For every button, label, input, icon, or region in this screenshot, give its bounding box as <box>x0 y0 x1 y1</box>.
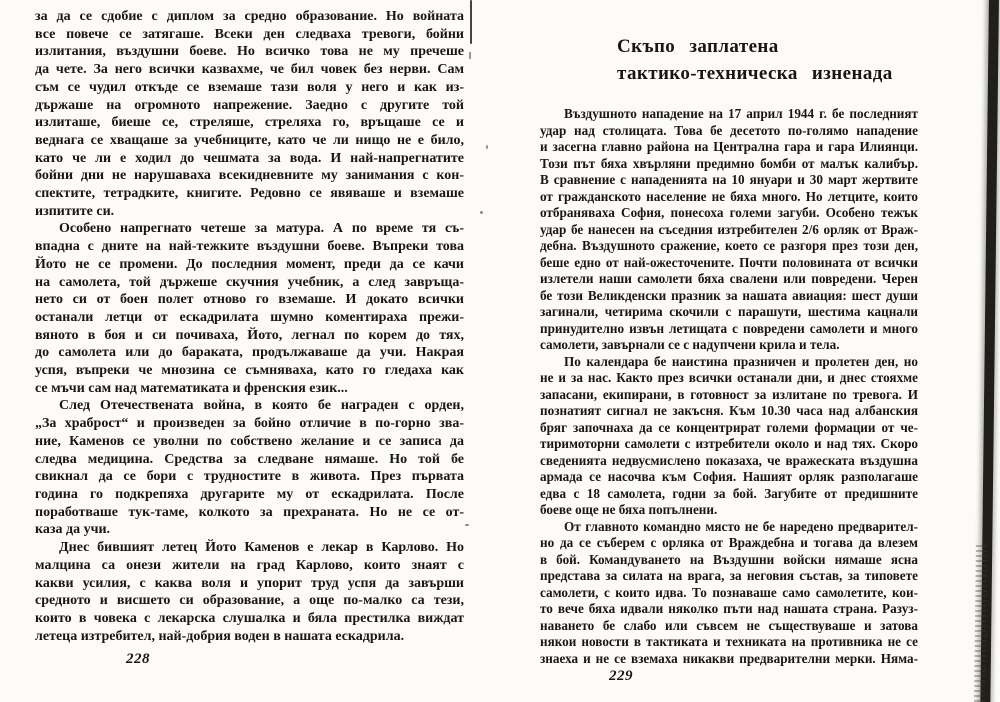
paragraph: Днес бившият летец Йото Каменов е лекар … <box>35 539 464 645</box>
text-line: запасани, екипирани, в готовност за изли… <box>540 387 918 404</box>
text-line: „За храброст“ и произведен за бойно отли… <box>35 415 464 433</box>
text-line: принудително извън летищата с повредени … <box>540 321 918 338</box>
text-line: След Отечествената война, в която бе наг… <box>35 397 464 415</box>
text-line: средното и висшето си образование, а още… <box>35 592 464 610</box>
paragraph: От главното командно място не бе нареден… <box>540 519 918 668</box>
text-line: в бой. Командуването на Въздушни войски … <box>540 552 918 569</box>
paragraph: Въздушното нападение на 17 април 1944 г.… <box>540 106 918 354</box>
chapter-heading-line-2: тактико-техническа изненада <box>617 60 893 87</box>
right-page-number: 229 <box>609 668 633 685</box>
text-line: държаше на огромното напрежение. Заедно … <box>35 97 464 115</box>
text-line: беше едно от най-ожесточените. Почти пол… <box>540 255 918 272</box>
text-line: Йото не се промени. До последния момент,… <box>35 256 464 274</box>
text-line: Този път бяха хвърляни предимно бомби от… <box>540 156 918 173</box>
text-line: едва с 18 самолета, годни за бой. Загуби… <box>540 486 918 503</box>
text-line: удар бе нанесен на съседния изтребителен… <box>540 222 918 239</box>
text-line: наването бе слабо или съвсем не съществу… <box>540 618 918 635</box>
text-line: знаеха и не се вземаха никакви предварит… <box>540 651 918 668</box>
scan-speck <box>480 211 483 214</box>
book-edge-texture <box>974 545 987 702</box>
text-line: вяното в боя и си почиваха, Йото, легнал… <box>35 327 464 345</box>
text-line: впадна с дните на най-тежките въздушни б… <box>35 238 464 256</box>
text-line: нето си от боен полет отново го вземаше.… <box>35 291 464 309</box>
text-line: изпитите си. <box>35 203 464 221</box>
text-line: каза да учи. <box>35 521 464 539</box>
text-line: успя, въпреки че мнозина се съмняваха, к… <box>35 362 464 380</box>
text-line: Днес бившият летец Йото Каменов е лекар … <box>35 539 464 557</box>
text-line: все повече се затягаше. Всеки ден следва… <box>35 26 464 44</box>
text-line: От главното командно място не бе нареден… <box>540 519 918 536</box>
scan-speck <box>465 524 469 526</box>
text-line: които в човека с лекарска слушалка и бял… <box>35 610 464 628</box>
text-line: съм се чудил откъде се вземаше тази воля… <box>35 79 464 97</box>
text-line: представа за силата на врага, за неговия… <box>540 568 918 585</box>
text-line: от гражданското население не бяха много.… <box>540 189 918 206</box>
text-line: какви усилия, с каква воля и упорит труд… <box>35 575 464 593</box>
text-line: В сравнение с нападенията на 10 януари и… <box>540 172 918 189</box>
text-line: бойни дни не нарушаваха всекидневните му… <box>35 167 464 185</box>
text-line: не и за нас. Както през всички останали … <box>540 370 918 387</box>
text-line: и засегна главно района на Централна гар… <box>540 139 918 156</box>
gutter-scan-mark <box>469 52 471 59</box>
text-line: По календара бе наистина празничен и про… <box>540 354 918 371</box>
chapter-heading: Скъпо заплатена тактико-техническа изнен… <box>617 33 893 87</box>
text-line: малцина са онези жители на град Карлово,… <box>35 557 464 575</box>
text-line: ние, Каменов се уволни по собствено жела… <box>35 433 464 451</box>
text-line: излиташе, биеше се, стреляше, стреляха г… <box>35 114 464 132</box>
text-line: някои новости в тактиката и техниката на… <box>540 634 918 651</box>
text-line: бе този Великденски празник за нашата ав… <box>540 288 918 305</box>
text-line: познатият сигнал не закъсня. Към 10.30 ч… <box>540 403 918 420</box>
left-page-text: за да се сдобие с диплом за средно образ… <box>35 8 464 645</box>
text-line: излитания, въздушни боеве. Но всичко тов… <box>35 43 464 61</box>
scan-speck <box>486 145 488 149</box>
chapter-heading-line-1: Скъпо заплатена <box>617 33 893 60</box>
text-line: като че ли е ходил до чешмата за вода. И… <box>35 150 464 168</box>
book-spread-scan: за да се сдобие с диплом за средно образ… <box>0 0 1000 702</box>
text-line: армада се насочва към София. Нашият орля… <box>540 469 918 486</box>
text-line: година го подкрепяха другарите му от еск… <box>35 486 464 504</box>
text-line: бряг започнаха да се концентрират големи… <box>540 420 918 437</box>
text-line: то вече бяха идвали няколко пъти над наш… <box>540 601 918 618</box>
text-line: летеца изтребител, най-добрия воден в на… <box>35 628 464 646</box>
text-line: поработваше тук-таме, колкото за прехран… <box>35 504 464 522</box>
text-line: на самолета, той държеше скучния учебник… <box>35 274 464 292</box>
text-line: Особено напрегнато четеше за матура. А п… <box>35 220 464 238</box>
paragraph: Особено напрегнато четеше за матура. А п… <box>35 220 464 397</box>
paragraph: По календара бе наистина празничен и про… <box>540 354 918 519</box>
text-line: останали летци от ескадрилата шумно коме… <box>35 309 464 327</box>
left-page-number: 228 <box>126 651 150 668</box>
text-line: излетели наши самолети бяха свалени или … <box>540 271 918 288</box>
text-line: дебна. Въздушното сражение, което се раз… <box>540 238 918 255</box>
paragraph: След Отечествената война, в която бе наг… <box>35 397 464 539</box>
text-line: за да се сдобие с диплом за средно образ… <box>35 8 464 26</box>
text-line: веднага се хващаше за учебниците, като ч… <box>35 132 464 150</box>
text-line: да чете. За него всички казвахме, че бил… <box>35 61 464 79</box>
text-line: тиримоторни самолети с изтребители около… <box>540 436 918 453</box>
text-line: отбраняваха София, понесоха големи загуб… <box>540 205 918 222</box>
text-line: се мъчи сам над математиката и френския … <box>35 380 464 398</box>
text-line: сведенията недвусмислено показаха, че вр… <box>540 453 918 470</box>
text-line: боеве още не бяха попълнени. <box>540 502 918 519</box>
text-line: следва медицина. Средства за следване ня… <box>35 451 464 469</box>
text-line: но да се съберем с орляка от Враждебна и… <box>540 535 918 552</box>
paragraph: за да се сдобие с диплом за средно образ… <box>35 8 464 220</box>
text-line: Въздушното нападение на 17 април 1944 г.… <box>540 106 918 123</box>
text-line: самолети, с които идва. То познаваше сам… <box>540 585 918 602</box>
text-line: загинали, четирима скочили с парашути, ш… <box>540 304 918 321</box>
text-line: свикнал да се бори с трудностите в живот… <box>35 468 464 486</box>
text-line: удар над столицата. Това бе десетото по-… <box>540 123 918 140</box>
text-line: спектите, тетрадките, книгите. Редовно с… <box>35 185 464 203</box>
gutter-scan-line <box>470 0 472 44</box>
text-line: до самолета или до бараката, продължаваш… <box>35 344 464 362</box>
right-page-text: Въздушното нападение на 17 април 1944 г.… <box>540 106 918 667</box>
text-line: самолети, завърнали се с надупчени крила… <box>540 337 918 354</box>
